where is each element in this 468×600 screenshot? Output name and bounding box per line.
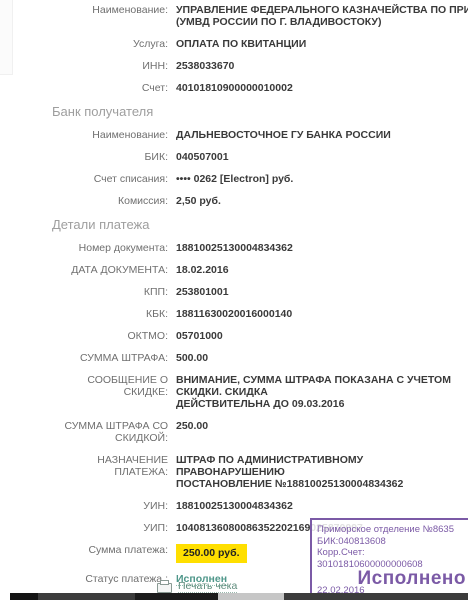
printer-icon <box>157 583 172 593</box>
field-value: 2538033670 <box>176 60 468 72</box>
field-value: 18810025130004834362 <box>176 242 468 254</box>
field-label: СУММА ШТРАФА СО СКИДКОЙ: <box>46 420 176 444</box>
field-row-recipient-name: Наименование: УПРАВЛЕНИЕ ФЕДЕРАЛЬНОГО КА… <box>0 4 468 28</box>
field-row-fine-amount-discounted: СУММА ШТРАФА СО СКИДКОЙ: 250.00 <box>0 420 468 444</box>
field-label: КБК: <box>46 308 176 320</box>
field-value-line1: УПРАВЛЕНИЕ ФЕДЕРАЛЬНОГО КАЗНАЧЕЙСТВА ПО … <box>176 4 468 16</box>
field-row-debit-account: Счет списания: •••• 0262 [Electron] руб. <box>0 173 468 185</box>
bank-stamp: Приморское отделение №8635 БИК:040813608… <box>310 518 468 600</box>
stamp-branch: Приморское отделение №8635 <box>317 524 465 536</box>
field-row-doc-date: ДАТА ДОКУМЕНТА: 18.02.2016 <box>0 264 468 276</box>
stamp-bik: БИК:040813608 <box>317 536 465 548</box>
field-value: 40101810900000010002 <box>176 82 468 94</box>
field-value: 18810025130004834362 <box>176 500 468 512</box>
field-label: СООБЩЕНИЕ О СКИДКЕ: <box>46 374 176 410</box>
field-value: 250.00 <box>176 420 468 444</box>
print-receipt-label: Печать чека <box>178 580 237 593</box>
field-label: Сумма платежа: <box>46 544 176 563</box>
field-value: ВНИМАНИЕ, СУММА ШТРАФА ПОКАЗАНА С УЧЕТОМ… <box>176 374 468 410</box>
field-value: ОПЛАТА ПО КВИТАНЦИИ <box>176 38 468 50</box>
field-row-bank-name: Наименование: ДАЛЬНЕВОСТОЧНОЕ ГУ БАНКА Р… <box>0 129 468 141</box>
stamp-corr-account: Корр.Счет: 30101810600000000608 <box>317 547 465 570</box>
field-label: Комиссия: <box>46 195 176 207</box>
field-label: Номер документа: <box>46 242 176 254</box>
field-label: НАЗНАЧЕНИЕ ПЛАТЕЖА: <box>46 454 176 490</box>
field-value: ДАЛЬНЕВОСТОЧНОЕ ГУ БАНКА РОССИИ <box>176 129 468 141</box>
field-row-commission: Комиссия: 2,50 руб. <box>0 195 468 207</box>
field-row-payment-purpose: НАЗНАЧЕНИЕ ПЛАТЕЖА: ШТРАФ ПО АДМИНИСТРАТ… <box>0 454 468 490</box>
field-row-account: Счет: 40101810900000010002 <box>0 82 468 94</box>
bottom-edge-segment <box>135 593 218 600</box>
field-label: БИК: <box>46 151 176 163</box>
field-label: ДАТА ДОКУМЕНТА: <box>46 264 176 276</box>
field-value: •••• 0262 [Electron] руб. <box>176 173 468 185</box>
field-label: КПП: <box>46 286 176 298</box>
field-row-kpp: КПП: 253801001 <box>0 286 468 298</box>
field-label: Наименование: <box>46 129 176 141</box>
field-value: 2,50 руб. <box>176 195 468 207</box>
field-row-oktmo: ОКТМО: 05701000 <box>0 330 468 342</box>
field-value: УПРАВЛЕНИЕ ФЕДЕРАЛЬНОГО КАЗНАЧЕЙСТВА ПО … <box>176 4 468 28</box>
field-label: СУММА ШТРАФА: <box>46 352 176 364</box>
field-value-line2: (УМВД РОССИИ ПО Г. ВЛАДИВОСТОКУ) <box>176 16 468 28</box>
field-row-fine-amount: СУММА ШТРАФА: 500.00 <box>0 352 468 364</box>
field-label: Счет списания: <box>46 173 176 185</box>
field-row-discount-message: СООБЩЕНИЕ О СКИДКЕ: ВНИМАНИЕ, СУММА ШТРА… <box>0 374 468 410</box>
field-value: 253801001 <box>176 286 468 298</box>
payment-receipt-page: Наименование: УПРАВЛЕНИЕ ФЕДЕРАЛЬНОГО КА… <box>0 0 468 600</box>
field-label: Счет: <box>46 82 176 94</box>
field-row-uin: УИН: 18810025130004834362 <box>0 500 468 512</box>
field-row-doc-number: Номер документа: 18810025130004834362 <box>0 242 468 254</box>
field-value: ШТРАФ ПО АДМИНИСТРАТИВНОМУ ПРАВОНАРУШЕНИ… <box>176 454 468 490</box>
bottom-window-edge <box>10 593 468 600</box>
field-value: 18811630020016000140 <box>176 308 468 320</box>
field-value: 18.02.2016 <box>176 264 468 276</box>
bottom-edge-segment <box>10 593 38 600</box>
field-label: Услуга: <box>46 38 176 50</box>
section-title-recipient-bank: Банк получателя <box>52 104 468 119</box>
field-value: 500.00 <box>176 352 468 364</box>
section-title-payment-details: Детали платежа <box>52 217 468 232</box>
field-row-service: Услуга: ОПЛАТА ПО КВИТАНЦИИ <box>0 38 468 50</box>
field-value-line2: ДЕЙСТВИТЕЛЬНА ДО 09.03.2016 <box>176 398 468 410</box>
payment-amount-highlight: 250.00 руб. <box>176 544 247 563</box>
bottom-edge-segment <box>218 593 284 600</box>
field-value: 040507001 <box>176 151 468 163</box>
field-row-bik: БИК: 040507001 <box>0 151 468 163</box>
field-value-line2: ПОСТАНОВЛЕНИЕ №18810025130004834362 <box>176 478 468 490</box>
field-value-line1: ВНИМАНИЕ, СУММА ШТРАФА ПОКАЗАНА С УЧЕТОМ… <box>176 374 468 398</box>
print-receipt-button[interactable]: Печать чека <box>157 580 237 593</box>
field-value: 05701000 <box>176 330 468 342</box>
field-row-kbk: КБК: 18811630020016000140 <box>0 308 468 320</box>
field-label: УИП: <box>46 522 176 534</box>
left-edge-strip <box>0 0 13 75</box>
field-label: УИН: <box>46 500 176 512</box>
field-label: ОКТМО: <box>46 330 176 342</box>
field-value-line1: ШТРАФ ПО АДМИНИСТРАТИВНОМУ ПРАВОНАРУШЕНИ… <box>176 454 468 478</box>
field-row-inn: ИНН: 2538033670 <box>0 60 468 72</box>
field-label: ИНН: <box>46 60 176 72</box>
field-label: Наименование: <box>46 4 176 28</box>
stamp-status: Исполнено <box>357 569 466 589</box>
